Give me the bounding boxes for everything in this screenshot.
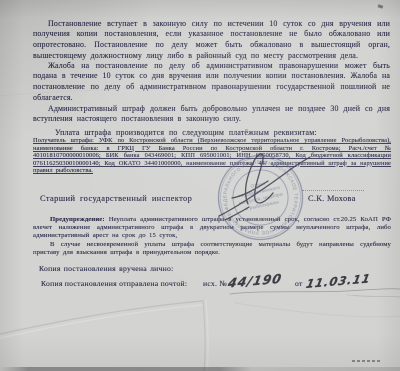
warning-label: Предупреждение: [50,216,105,223]
date-label: от [295,279,303,288]
inspector-title: Старший государственный инспектор [40,194,192,203]
bottom-edge-dash-mark [352,360,382,362]
top-right-speck [378,4,384,8]
inspector-signature-scribble [205,136,325,232]
paragraph-appeal: Жалоба на постановление по делу об админ… [33,61,390,103]
copy-mailed-label: Копия постановления отправлена почтой: [41,279,187,288]
date-handwritten: 11.03.11 [305,271,372,291]
warning-continuation: В случае несвоевременной уплаты штрафа с… [33,241,391,258]
bottom-edge-shadow [0,367,400,371]
outgoing-number-label: исх. № [203,279,227,288]
document-photo: Постановление вступает в законную силу п… [0,0,400,371]
copy-delivered-line: Копия постановления вручена лично: [39,264,173,273]
outgoing-number-handwritten: 44/190 [227,270,284,290]
copy-mailed-line: Копия постановления отправлена почтой: и… [0,278,400,304]
paragraph-payment-deadline: Административный штраф должен быть добро… [33,104,390,125]
paragraph-legal-force: Постановление вступает в законную силу п… [33,19,390,61]
